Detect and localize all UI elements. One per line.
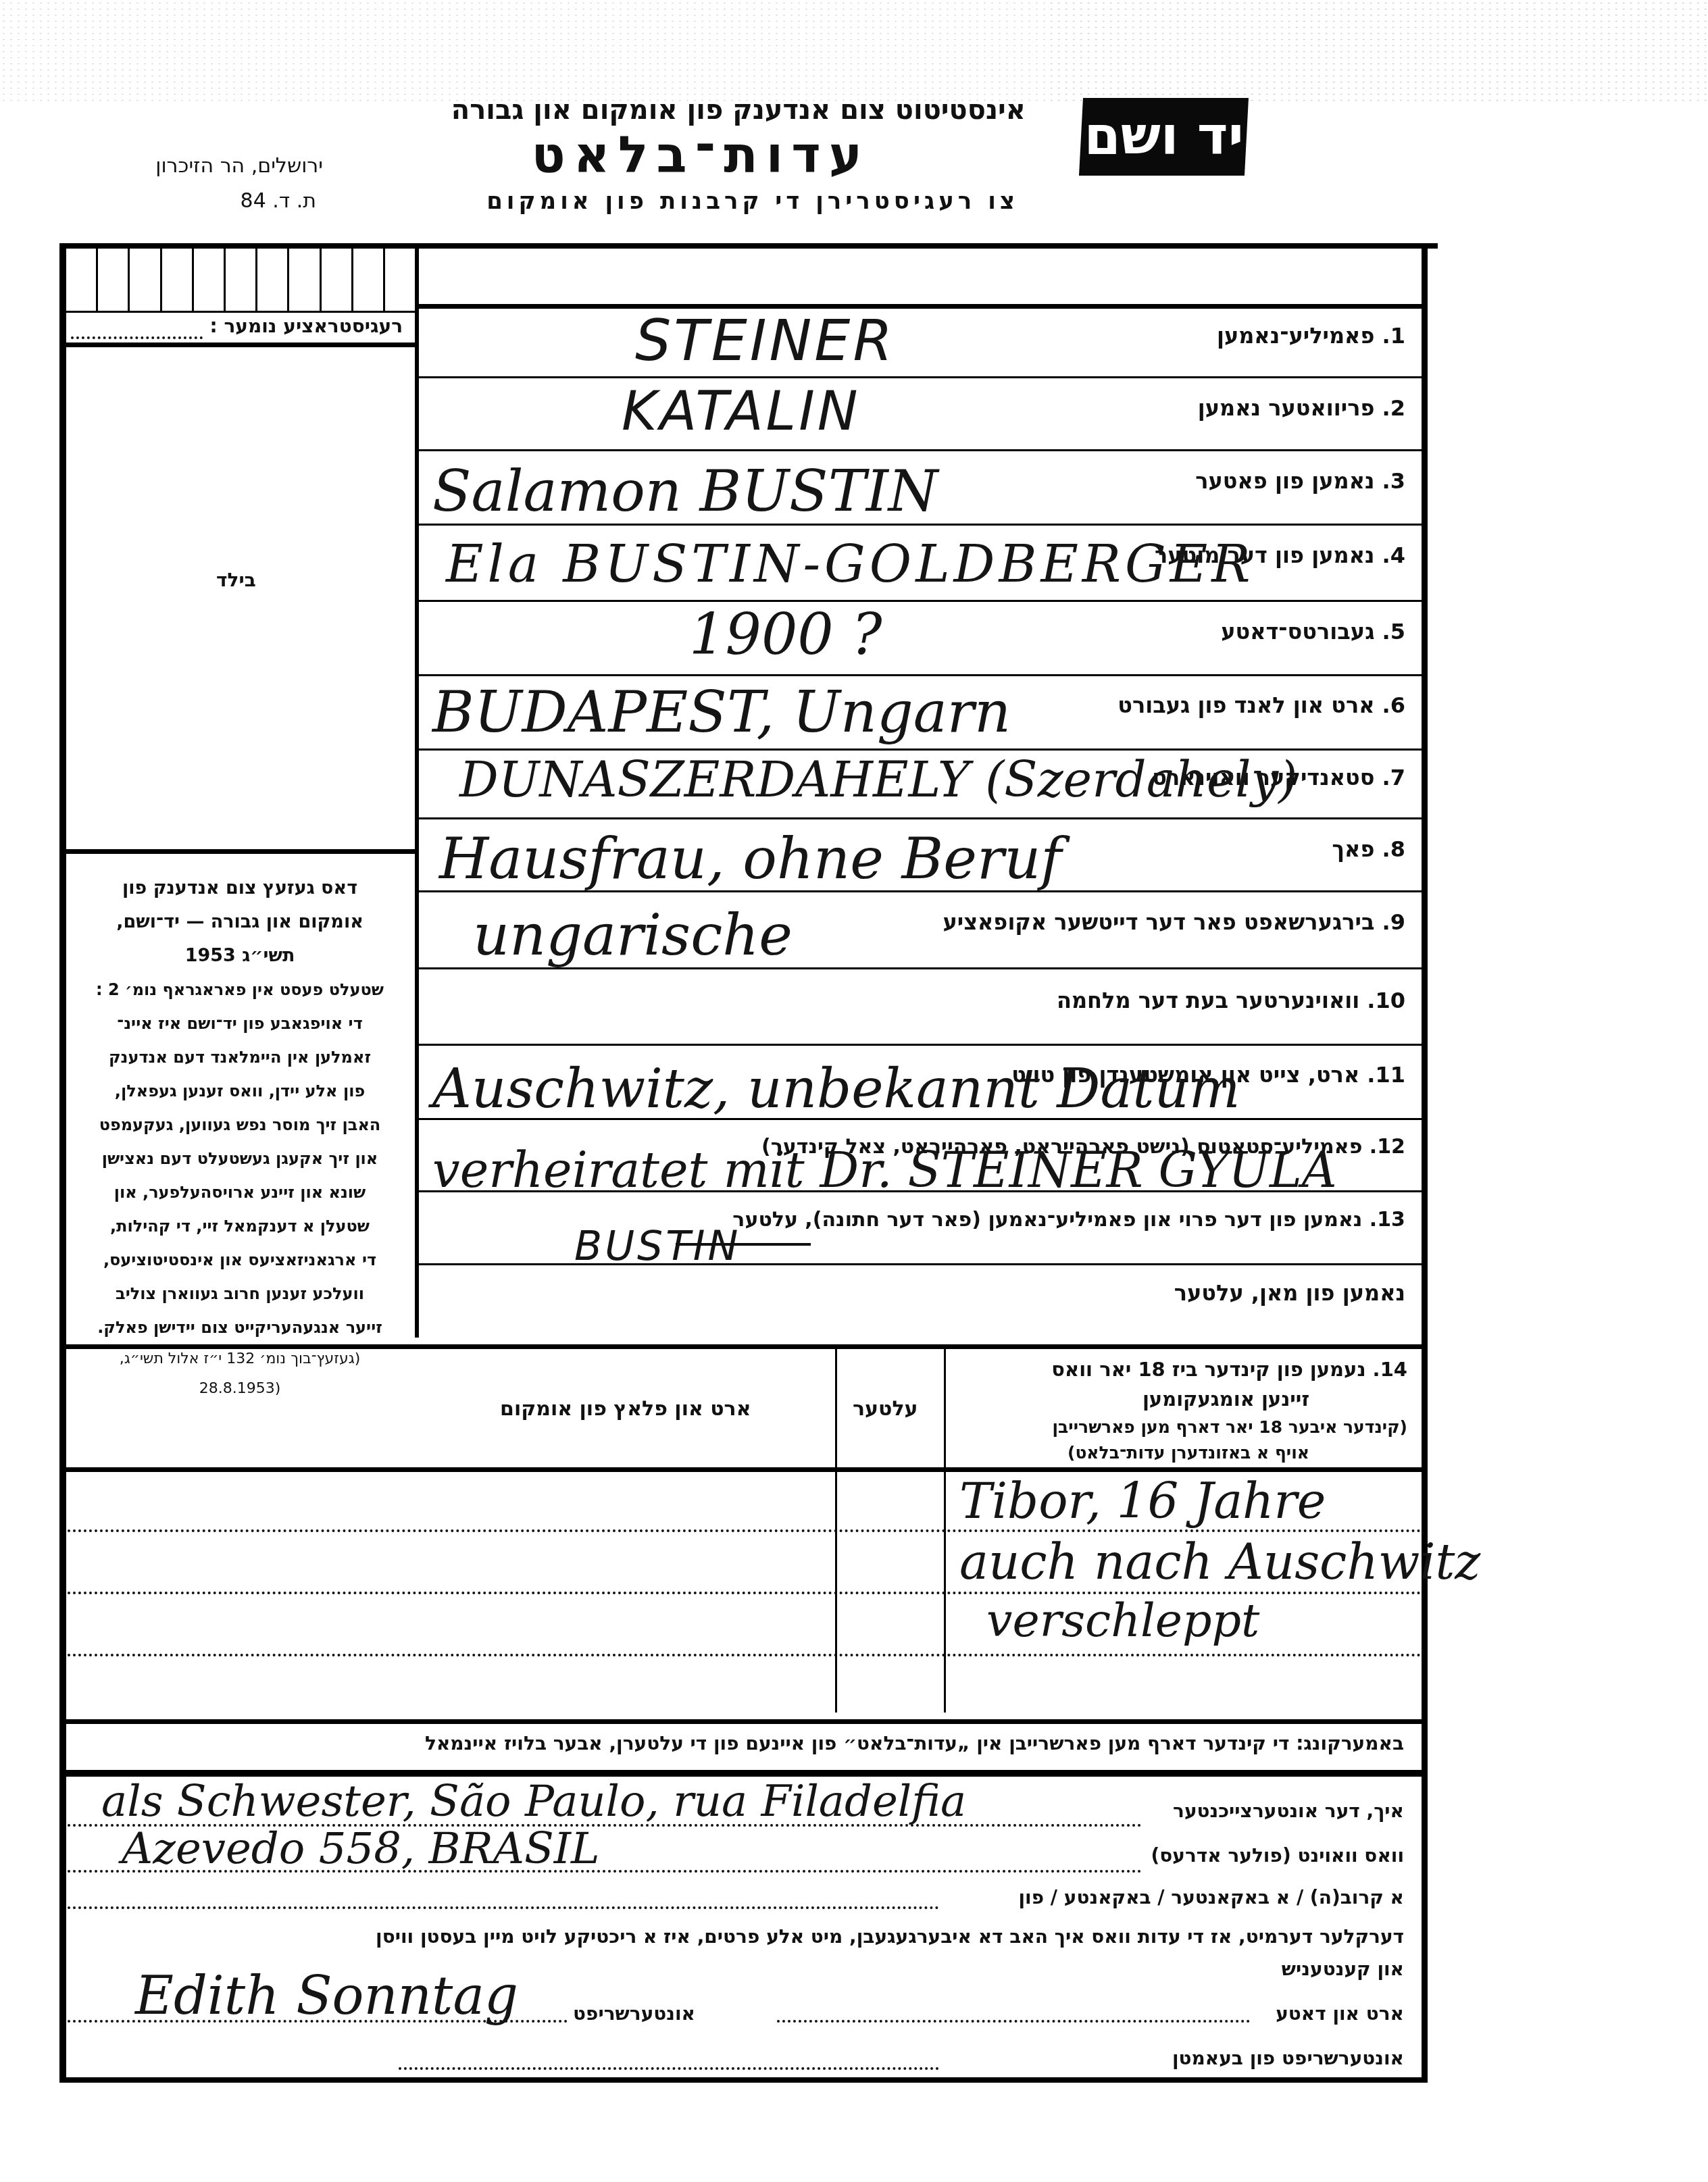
law-line: זאמלען אין היימלאנד דעם אנדענק <box>74 1040 405 1074</box>
address-label: וואס וואוינט (פולער אדרעס) <box>1151 1844 1405 1867</box>
field-5-birth-date[interactable]: 1900 ? <box>689 601 882 667</box>
law-line: שונא און זיינע ארויסהעלפער, און <box>74 1175 405 1209</box>
field-12-family-status[interactable]: verheiratet mit Dr. STEINER GYULA <box>432 1142 1337 1198</box>
law-line: תשי״ג 1953 <box>74 939 405 973</box>
field-13-maiden-name[interactable]: BUSTIN <box>574 1223 740 1270</box>
relation-field[interactable] <box>68 1906 939 1909</box>
field-8-label: 8. פאך <box>1332 836 1405 862</box>
law-line: פון אלע יידן, וואס זענען געפאלן, <box>74 1074 405 1108</box>
form-title: עדות־בלאט <box>532 126 871 184</box>
law-citation-date: (28.8.1953 <box>74 1374 405 1404</box>
undersigned-value[interactable]: als Schwester, São Paulo, rua Filadelfia <box>101 1777 966 1827</box>
children-label-line2: זיינען אומגעקומען <box>1142 1388 1309 1411</box>
law-line: די ארגאניזאציעס און אינסטיטוציעס, <box>74 1243 405 1277</box>
law-text-block: דאס געזעץ צום אנדענק פון אומקום און גבור… <box>74 871 405 1404</box>
field-9-label: 9. בירגערשאפט פאר דער דייטשער אקופאציע <box>943 909 1405 935</box>
official-signature-field[interactable] <box>399 2067 939 2070</box>
frame-bottom <box>59 2077 1428 2083</box>
field-1-family-name[interactable]: STEINER <box>635 307 895 374</box>
place-date-label: ארט און דאטע <box>1276 2002 1404 2025</box>
law-line: אומקום און גבורה — יד־ושם, <box>74 905 405 939</box>
husband-label: נאמען פון מאן, עלטער <box>1174 1280 1405 1306</box>
law-line: האבן זיך מוסר נפש געווען, געקעמפט <box>74 1108 405 1142</box>
field-4-mother-name[interactable]: Ela BUSTIN-GOLDBERGER <box>446 534 1255 594</box>
address-line2: ת. ד. 84 <box>241 189 316 213</box>
children-label: 14. נעמען פון קינדער ביז 18 יאר וואס <box>1051 1358 1407 1381</box>
law-line: שטעלן א דענקמאל זיי, די קהילות, <box>74 1209 405 1243</box>
institute-line: אינסטיטוט צום אנדענק פון אומקום און גבור… <box>451 95 1026 126</box>
field-8-profession[interactable]: Hausfrau, ohne Beruf <box>439 826 1061 892</box>
col-place-header: ארט און פלאץ פון אומקום <box>500 1397 751 1421</box>
registration-digit-cells[interactable] <box>66 249 415 313</box>
child-entry[interactable]: verschleppt <box>986 1594 1259 1648</box>
declaration-text: דערקלער דערמיט, אז די עדות וואס איך האב … <box>376 1925 1404 1948</box>
children-note-line2: אויף א באזונדערן עדות־בלאט) <box>1067 1443 1309 1463</box>
frame-right <box>1422 243 1428 2081</box>
place-date-field[interactable] <box>777 2020 1250 2023</box>
field-2-first-name[interactable]: KATALIN <box>622 380 861 442</box>
registration-label: רעגיסטראציע נומער : <box>210 315 403 337</box>
field-7-residence[interactable]: DUNASZERDAHELY (Szerdahely) <box>459 751 1297 808</box>
yad-vashem-logo: יד ושם <box>1079 98 1249 176</box>
field-10-wartime-residence[interactable] <box>432 973 1176 1040</box>
arrow-stroke <box>676 1243 811 1246</box>
left-column-border <box>415 243 419 1338</box>
child-entry[interactable]: auch nach Auschwitz <box>959 1533 1480 1590</box>
field-2-label: 2. פריוואטער נאמען <box>1198 395 1405 421</box>
registration-number-field[interactable] <box>71 336 203 339</box>
field-13-label: 13. נאמען פון דער פרוי און פאמיליע־נאמען… <box>732 1208 1405 1232</box>
field-6-birth-place[interactable]: BUDAPEST, Ungarn <box>432 679 1011 745</box>
law-line: די אויפגאבע פון יד־ושם איז איינ־ <box>74 1007 405 1040</box>
field-5-label: 5. געבורטס־דאטע <box>1221 619 1405 644</box>
official-signature-label: אונטערשריפט פון בעאמטן <box>1172 2047 1404 2069</box>
remark-text: באמערקונג: די קינדער דארף מען פארשרייבן … <box>425 1732 1404 1754</box>
law-line: און זיך אקעגן געשטעלט דעם נאצישן <box>74 1142 405 1175</box>
logo-text: יד ושם <box>1081 98 1247 176</box>
address-value[interactable]: Azevedo 558, BRASIL <box>122 1824 600 1874</box>
signature-label: אונטערשריפט <box>573 2002 695 2025</box>
relation-label: א קרוב(ה) / א באקאנטער / באקאנטע / פון <box>1018 1886 1404 1908</box>
law-line: דאס געזעץ צום אנדענק פון <box>74 871 405 905</box>
signature-value[interactable]: Edith Sonntag <box>135 1966 518 2027</box>
col-age-header: עלטער <box>853 1397 918 1421</box>
law-line: זייער אנגעהעריקייט צום יידישן פאלק. <box>74 1311 405 1344</box>
field-11-death-details[interactable]: Auschwitz, unbekannt Datum <box>432 1057 1240 1120</box>
field-3-father-name[interactable]: Salamon BUSTIN <box>432 458 938 524</box>
husband-name-field[interactable] <box>432 1270 1108 1338</box>
declaration-text-line2: און קענטעניש <box>1282 1958 1404 1980</box>
child-name-column[interactable] <box>68 1473 405 1712</box>
photo-area[interactable] <box>66 346 415 849</box>
law-line: שטעלט פעסט אין פאראגראף נומ׳ 2 : <box>74 973 405 1007</box>
child-entry[interactable]: Tibor, 16 Jahre <box>959 1473 1326 1529</box>
law-line: וועלכע זענען חרוב געווארן צוליב <box>74 1277 405 1311</box>
scan-noise-right <box>1047 0 1708 101</box>
field-1-label: 1. פאמיליע־נאמען <box>1217 323 1405 349</box>
field-3-label: 3. נאמען פון פאטער <box>1195 468 1405 494</box>
undersigned-label: איך, דער אונטערצייכנטער <box>1173 1800 1404 1822</box>
children-note: (קינדער איבער 18 יאר דארף מען פארשרייבן <box>1053 1417 1407 1437</box>
form-subtitle: צו רעגיסטרירן די קרבנות פון אומקום <box>486 188 1019 215</box>
frame-left <box>59 243 66 2081</box>
field-9-citizenship[interactable]: ungarische <box>473 902 793 968</box>
frame-top <box>59 243 1438 249</box>
field-6-label: 6. ארט און לאנד פון געבורט <box>1117 692 1405 718</box>
address-line1: ירושלים, הר הזיכרון <box>155 154 323 178</box>
